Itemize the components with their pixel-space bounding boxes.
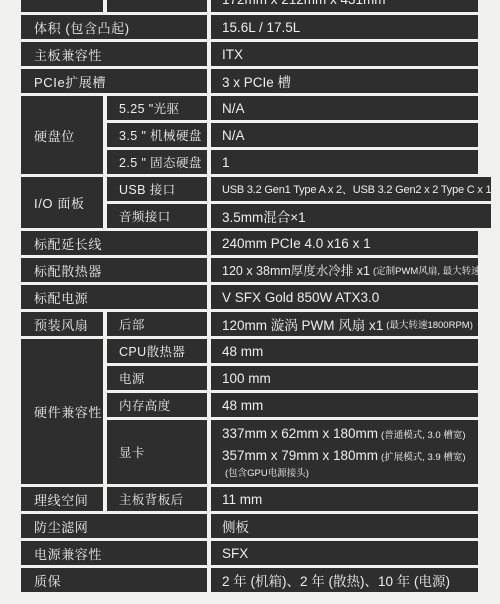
value-text: 100 mm: [222, 371, 271, 386]
value-note: (扩展模式, 3.9 槽宽): [381, 448, 465, 468]
group-label: 硬件兼容性: [21, 339, 103, 484]
value-text: 2 年 (机箱)、2 年 (散热)、10 年 (电源): [222, 570, 450, 590]
row-value: 100 mm: [211, 366, 478, 390]
spec-table: 172mm x 212mm x 431mm体积 (包含凸起)15.6L / 17…: [0, 0, 500, 592]
value-note: (普通模式, 3.0 槽宽): [381, 426, 465, 446]
value-text: 337mm x 62mm x 180mm: [222, 424, 378, 444]
value-text: 15.6L / 17.5L: [222, 20, 300, 35]
value-text: ITX: [222, 47, 243, 62]
sub-label: 后部: [107, 312, 207, 336]
row-value: USB 3.2 Gen1 Type A x 2、USB 3.2 Gen2 x 2…: [211, 177, 491, 201]
row-value: 337mm x 62mm x 180mm(普通模式, 3.0 槽宽)357mm …: [211, 420, 478, 484]
cropped-dimensions-text: 172mm x 212mm x 431mm: [222, 0, 386, 7]
value-note: (定制PWM风扇, 最大转速2400RPM): [373, 263, 478, 277]
value-text: 172mm x 212mm x 431mm: [222, 0, 386, 7]
value-line: 357mm x 79mm x 180mm(扩展模式, 3.9 槽宽): [222, 446, 466, 468]
cropped-sub-label: [107, 0, 207, 12]
value-text: 120mm 漩涡 PWM 风扇 x1: [222, 314, 383, 334]
row-value: 48 mm: [211, 339, 478, 363]
row-value: 120 x 38mm厚度水冷排 x1(定制PWM风扇, 最大转速2400RPM): [211, 258, 478, 282]
spec-row: PCIe扩展槽3 x PCIe 槽: [21, 69, 478, 93]
group-label: 理线空间: [21, 487, 103, 511]
sub-rows: 后部120mm 漩涡 PWM 风扇 x1(最大转速1800RPM): [107, 312, 478, 336]
sub-row: 内存高度48 mm: [107, 393, 478, 417]
spec-row: 172mm x 212mm x 431mm: [21, 0, 478, 12]
sub-rows: CPU散热器48 mm电源100 mm内存高度48 mm显卡337mm x 62…: [107, 339, 478, 484]
value-text: 1: [222, 155, 230, 170]
spec-row: 预装风扇后部120mm 漩涡 PWM 风扇 x1(最大转速1800RPM): [21, 312, 478, 336]
row-value: ITX: [211, 42, 478, 66]
row-label: 标配延长线: [21, 231, 207, 255]
sub-label: 内存高度: [107, 393, 207, 417]
sub-rows: USB 接口USB 3.2 Gen1 Type A x 2、USB 3.2 Ge…: [107, 177, 491, 228]
cropped-group-label: [21, 0, 103, 12]
value-text: 120 x 38mm厚度水冷排 x1: [222, 261, 370, 279]
sub-label: 电源: [107, 366, 207, 390]
row-label: 标配散热器: [21, 258, 207, 282]
value-text: 3 x PCIe 槽: [222, 71, 291, 91]
sub-rows: 主板背板后11 mm: [107, 487, 478, 511]
row-value: 240mm PCIe 4.0 x16 x 1: [211, 231, 478, 255]
row-value: V SFX Gold 850W ATX3.0: [211, 285, 478, 309]
row-value: 3.5mm混合×1: [211, 204, 491, 228]
value-text: 48 mm: [222, 398, 263, 413]
row-value: SFX: [211, 541, 478, 565]
value-text: 侧板: [222, 516, 249, 536]
row-label: 防尘滤网: [21, 514, 207, 538]
group-label: 预装风扇: [21, 312, 103, 336]
value-text: N/A: [222, 128, 245, 143]
sub-row: 后部120mm 漩涡 PWM 风扇 x1(最大转速1800RPM): [107, 312, 478, 336]
sub-label: CPU散热器: [107, 339, 207, 363]
row-value: 15.6L / 17.5L: [211, 15, 478, 39]
value-line: (包含GPU电源接头): [222, 467, 309, 480]
row-value: N/A: [211, 123, 478, 147]
value-note: (最大转速1800RPM): [386, 317, 473, 331]
row-label: PCIe扩展槽: [21, 69, 207, 93]
spec-row: 硬件兼容性CPU散热器48 mm电源100 mm内存高度48 mm显卡337mm…: [21, 339, 478, 484]
value-text: 240mm PCIe 4.0 x16 x 1: [222, 236, 371, 251]
row-label: 电源兼容性: [21, 541, 207, 565]
spec-row: 理线空间主板背板后11 mm: [21, 487, 478, 511]
row-value: 3 x PCIe 槽: [211, 69, 478, 93]
spec-row: 质保2 年 (机箱)、2 年 (散热)、10 年 (电源): [21, 568, 478, 592]
spec-row: 标配电源V SFX Gold 850W ATX3.0: [21, 285, 478, 309]
row-value: 120mm 漩涡 PWM 风扇 x1(最大转速1800RPM): [211, 312, 478, 336]
spec-row: I/O 面板USB 接口USB 3.2 Gen1 Type A x 2、USB …: [21, 177, 478, 228]
sub-row: 音频接口3.5mm混合×1: [107, 204, 491, 228]
spec-row: 电源兼容性SFX: [21, 541, 478, 565]
spec-row: 标配散热器120 x 38mm厚度水冷排 x1(定制PWM风扇, 最大转速240…: [21, 258, 478, 282]
sub-row: 3.5 " 机械硬盘N/A: [107, 123, 478, 147]
value-text: N/A: [222, 101, 245, 116]
sub-row: CPU散热器48 mm: [107, 339, 478, 363]
value-text: 48 mm: [222, 344, 263, 359]
sub-rows: 5.25 "光驱N/A3.5 " 机械硬盘N/A2.5 " 固态硬盘1: [107, 96, 478, 174]
sub-label: 5.25 "光驱: [107, 96, 207, 120]
value-note: (包含GPU电源接头): [225, 467, 309, 480]
value-text: 11 mm: [222, 492, 262, 507]
row-label: 标配电源: [21, 285, 207, 309]
row-label: 质保: [21, 568, 207, 592]
spec-row: 主板兼容性ITX: [21, 42, 478, 66]
row-value: 11 mm: [211, 487, 478, 511]
group-label: I/O 面板: [21, 177, 103, 228]
sub-row: 5.25 "光驱N/A: [107, 96, 478, 120]
sub-label: USB 接口: [107, 177, 207, 201]
value-line: 337mm x 62mm x 180mm(普通模式, 3.0 槽宽): [222, 424, 466, 446]
spec-row: 防尘滤网侧板: [21, 514, 478, 538]
row-value: 172mm x 212mm x 431mm: [211, 0, 478, 12]
value-text: SFX: [222, 546, 248, 561]
value-text: USB 3.2 Gen1 Type A x 2、USB 3.2 Gen2 x 2…: [222, 181, 491, 197]
sub-label: 音频接口: [107, 204, 207, 228]
sub-label: 主板背板后: [107, 487, 207, 511]
row-value: 1: [211, 150, 478, 174]
row-label: 主板兼容性: [21, 42, 207, 66]
sub-row: 显卡337mm x 62mm x 180mm(普通模式, 3.0 槽宽)357m…: [107, 420, 478, 484]
sub-row: USB 接口USB 3.2 Gen1 Type A x 2、USB 3.2 Ge…: [107, 177, 491, 201]
row-value: 侧板: [211, 514, 478, 538]
row-label: 体积 (包含凸起): [21, 15, 207, 39]
value-text: 3.5mm混合×1: [222, 206, 306, 226]
group-label: 硬盘位: [21, 96, 103, 174]
row-value: 48 mm: [211, 393, 478, 417]
sub-row: 主板背板后11 mm: [107, 487, 478, 511]
row-value: 2 年 (机箱)、2 年 (散热)、10 年 (电源): [211, 568, 478, 592]
spec-row: 标配延长线240mm PCIe 4.0 x16 x 1: [21, 231, 478, 255]
row-value: N/A: [211, 96, 478, 120]
spec-row: 体积 (包含凸起)15.6L / 17.5L: [21, 15, 478, 39]
sub-label: 显卡: [107, 420, 207, 484]
sub-row: 2.5 " 固态硬盘1: [107, 150, 478, 174]
spec-row: 硬盘位5.25 "光驱N/A3.5 " 机械硬盘N/A2.5 " 固态硬盘1: [21, 96, 478, 174]
sub-row: 电源100 mm: [107, 366, 478, 390]
sub-label: 2.5 " 固态硬盘: [107, 150, 207, 174]
page: 172mm x 212mm x 431mm体积 (包含凸起)15.6L / 17…: [0, 0, 500, 604]
value-text: V SFX Gold 850W ATX3.0: [222, 290, 379, 305]
sub-label: 3.5 " 机械硬盘: [107, 123, 207, 147]
value-text: 357mm x 79mm x 180mm: [222, 446, 378, 466]
